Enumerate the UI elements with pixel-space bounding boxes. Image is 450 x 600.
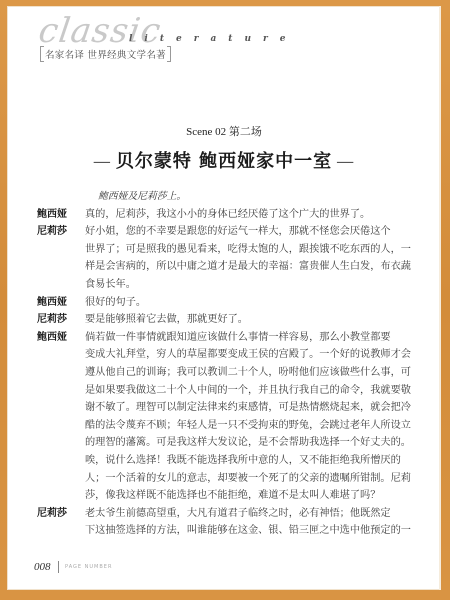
- page-number-divider: [58, 561, 59, 573]
- dialogue-continuation: 莎，像我这样既不能选择也不能拒绝，难道不是太叫人难堪了吗？: [37, 487, 417, 505]
- dialogue-continuation: 下这抽签选择的方法，叫谁能够在这金、银、铅三匣之中选中他预定的一: [37, 522, 417, 540]
- dialogue-continuation: 食易长年。: [37, 276, 417, 294]
- title-dash-left: —: [93, 151, 112, 172]
- line-text: 很好的句子。: [85, 297, 146, 308]
- line-text: 真的，尼莉莎，我这小小的身体已经厌倦了这个广大的世界了。: [85, 209, 370, 220]
- line-text: 酷的法令蔑弃不顾；年轻人是一只不受拘束的野兔，会跳过老年人所设立: [85, 420, 411, 431]
- speaker-name: 鲍西娅: [37, 294, 85, 312]
- page-edge: [439, 6, 441, 590]
- title-dash-right: —: [336, 151, 355, 172]
- scene-title-text: 贝尔蒙特 鲍西娅家中一室: [116, 151, 332, 172]
- line-text: 人；一个活着的女儿的意志，却要被一个死了的父亲的遗嘱所钳制。尼莉: [85, 473, 411, 484]
- line-text: 的理智的藩篱。可是我这样大发议论，是不会帮助我选择一个好丈夫的。: [85, 437, 411, 448]
- scene-title: —贝尔蒙特 鲍西娅家中一室—: [7, 147, 441, 173]
- scene-label: Scene 02 第二场: [7, 123, 441, 139]
- speaker-name: 尼莉莎: [37, 505, 85, 523]
- dialogue-continuation: 谢不敏了。理智可以制定法律来约束感情，可是热情燃烧起来，就会把冷: [37, 399, 417, 417]
- line-text: 好小姐，您的不幸要是跟您的好运气一样大，那就不怪您会厌倦这个: [85, 226, 391, 237]
- line-text: 遵从他自己的训诲；我可以教训二十个人，吩咐他们应该做些什么事，可: [85, 367, 411, 378]
- line-text: 食易长年。: [85, 279, 136, 290]
- line-text: 样是会害病的，所以中庸之道才是最大的幸福：富贵催人生白发，布衣蔬: [85, 261, 411, 272]
- line-text: 莎，像我这样既不能选择也不能拒绝，难道不是太叫人难堪了吗？: [85, 490, 380, 501]
- speaker-name: 鲍西娅: [37, 329, 85, 347]
- line-text: 倘若做一件事情就跟知道应该做什么事情一样容易，那么小教堂都要: [85, 332, 391, 343]
- dialogue-continuation: 是如果要我做这二十个人中间的一个，并且执行我自己的命令，我就要敬: [37, 382, 417, 400]
- page-number-label: PAGE NUMBER: [65, 564, 112, 570]
- dialogue-line: 鲍西娅很好的句子。: [37, 294, 417, 312]
- page-number: 008: [34, 561, 51, 573]
- dialogue-line: 鲍西娅倘若做一件事情就跟知道应该做什么事情一样容易，那么小教堂都要: [37, 329, 417, 347]
- speaker-name: 尼莉莎: [37, 311, 85, 329]
- series-tag: 名家名译 世界经典文学名著: [42, 47, 169, 61]
- dialogue-continuation: 人；一个活着的女儿的意志，却要被一个死了的父亲的遗嘱所钳制。尼莉: [37, 470, 417, 488]
- dialogue-line: 鲍西娅真的，尼莉莎，我这小小的身体已经厌倦了这个广大的世界了。: [37, 206, 417, 224]
- speaker-name: 鲍西娅: [37, 206, 85, 224]
- dialogue-continuation: 样是会害病的，所以中庸之道才是最大的幸福：富贵催人生白发，布衣蔬: [37, 258, 417, 276]
- dialogue-line: 尼莉莎老太爷生前德高望重，大凡有道君子临终之时，必有神悟；他既然定: [37, 505, 417, 523]
- line-text: 老太爷生前德高望重，大凡有道君子临终之时，必有神悟；他既然定: [85, 508, 391, 519]
- dialogue-continuation: 世界了；可是照我的愚见看来，吃得太饱的人，跟挨饿不吃东西的人，一: [37, 241, 417, 259]
- stage-direction: 鲍西娅及尼莉莎上。: [37, 188, 417, 206]
- line-text: 唉，说什么选择！我既不能选择我所中意的人，又不能拒绝我所憎厌的: [85, 455, 401, 466]
- dialogue: 鲍西娅真的，尼莉莎，我这小小的身体已经厌倦了这个广大的世界了。尼莉莎好小姐，您的…: [37, 206, 417, 540]
- line-text: 世界了；可是照我的愚见看来，吃得太饱的人，跟挨饿不吃东西的人，一: [85, 244, 411, 255]
- play-text: 鲍西娅及尼莉莎上。 鲍西娅真的，尼莉莎，我这小小的身体已经厌倦了这个广大的世界了…: [37, 188, 417, 540]
- dialogue-continuation: 变成大礼拜堂，穷人的草屋都要变成王侯的宫殿了。一个好的说教师才会: [37, 346, 417, 364]
- speaker-name: 尼莉莎: [37, 223, 85, 241]
- logo-literature: literature: [129, 34, 297, 44]
- line-text: 要是能够照着它去做，那就更好了。: [85, 314, 248, 325]
- line-text: 下这抽签选择的方法，叫谁能够在这金、银、铅三匣之中选中他预定的一: [85, 525, 411, 536]
- dialogue-continuation: 的理智的藩篱。可是我这样大发议论，是不会帮助我选择一个好丈夫的。: [37, 434, 417, 452]
- dialogue-continuation: 遵从他自己的训诲；我可以教训二十个人，吩咐他们应该做些什么事，可: [37, 364, 417, 382]
- line-text: 是如果要我做这二十个人中间的一个，并且执行我自己的命令，我就要敬: [85, 385, 411, 396]
- dialogue-line: 尼莉莎好小姐，您的不幸要是跟您的好运气一样大，那就不怪您会厌倦这个: [37, 223, 417, 241]
- line-text: 谢不敏了。理智可以制定法律来约束感情，可是热情燃烧起来，就会把冷: [85, 402, 411, 413]
- dialogue-continuation: 唉，说什么选择！我既不能选择我所中意的人，又不能拒绝我所憎厌的: [37, 452, 417, 470]
- dialogue-continuation: 酷的法令蔑弃不顾；年轻人是一只不受拘束的野兔，会跳过老年人所设立: [37, 417, 417, 435]
- line-text: 变成大礼拜堂，穷人的草屋都要变成王侯的宫殿了。一个好的说教师才会: [85, 349, 411, 360]
- dialogue-line: 尼莉莎要是能够照着它去做，那就更好了。: [37, 311, 417, 329]
- book-page: classic literature 名家名译 世界经典文学名著 Scene 0…: [7, 6, 441, 590]
